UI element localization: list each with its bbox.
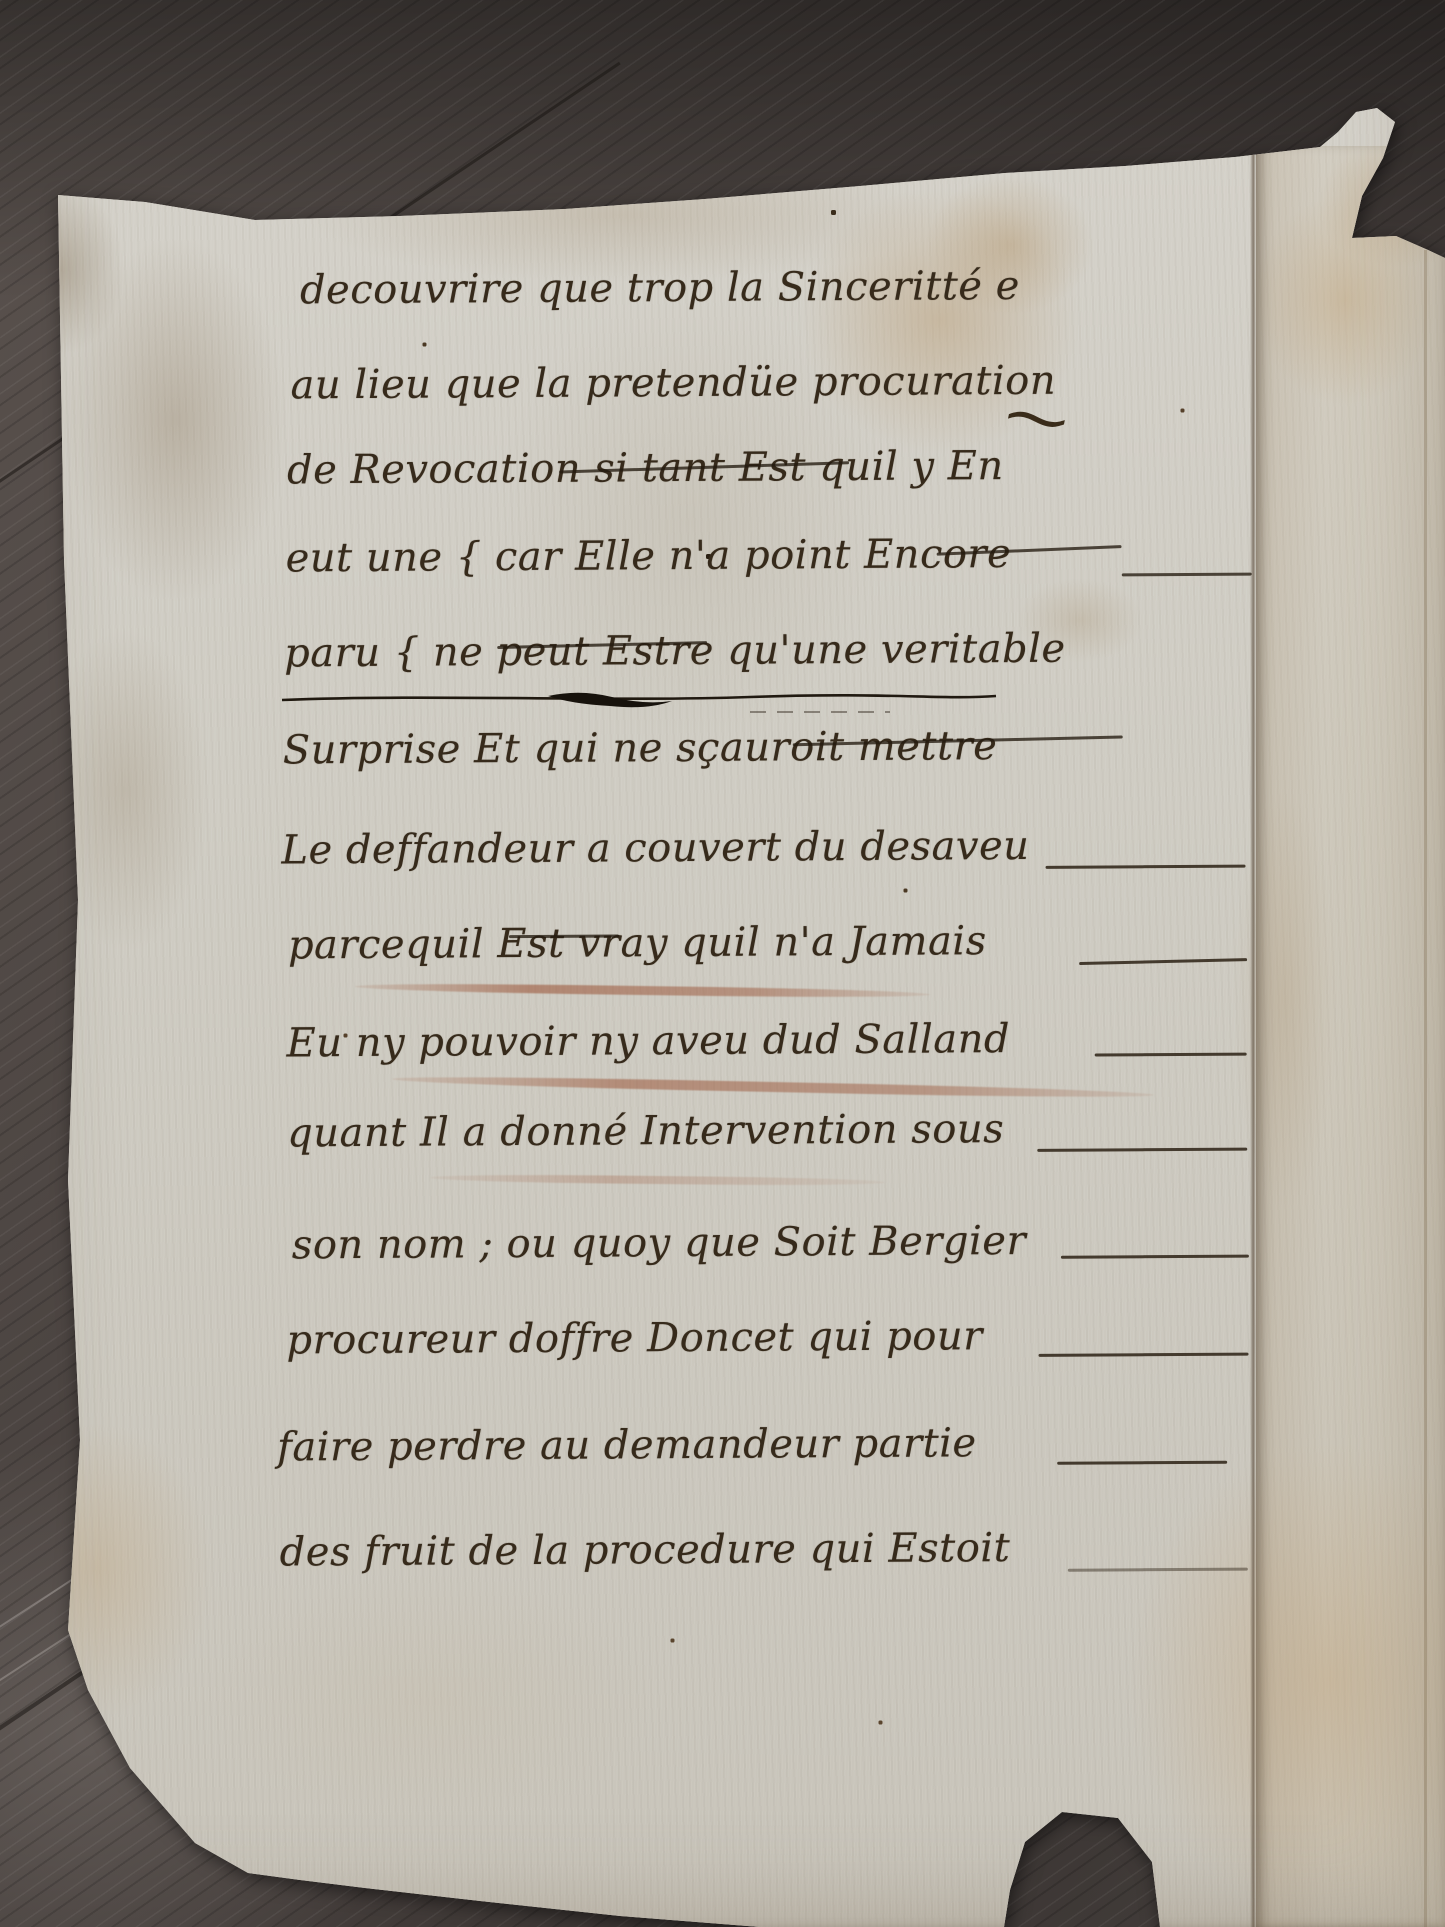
manuscript-line-1: decouvrire que trop la Sinceritté e (300, 251, 1020, 325)
manuscript-line-4: eut une { car Elle n'a point Encore (285, 519, 1011, 593)
manuscript-line-11: son nom ; ou quoy que Soit Bergier (292, 1206, 1027, 1280)
manuscript-line-9: Eu ny pouvoir ny aveu dud Salland (286, 1004, 1010, 1078)
line-end-dash (1039, 1353, 1249, 1357)
manuscript-line-2: au lieu que la pretendüe procuration (290, 346, 1056, 421)
manuscript-page: decouvrire que trop la Sinceritté e au l… (0, 0, 1445, 1927)
paper-shadow-wrap: decouvrire que trop la Sinceritté e au l… (0, 0, 1445, 1927)
manuscript-line-8: parcequil Est vray quil n'a Jamais (288, 906, 987, 980)
line-end-dash (1068, 1568, 1248, 1572)
t-crossbar-stroke (1122, 573, 1252, 577)
photo-of-manuscript: decouvrire que trop la Sinceritté e au l… (0, 0, 1445, 1927)
ink-specks (0, 0, 1, 1)
line-end-dash (1079, 958, 1247, 965)
ink-underline-blot (280, 688, 1010, 728)
manuscript-line-7: Le deffandeur a couvert du desaveu (281, 811, 1029, 886)
handwritten-text: decouvrire que trop la Sinceritté e au l… (0, 0, 1445, 1927)
line-end-dash (1095, 1053, 1247, 1057)
manuscript-line-12: procureur doffre Doncet qui pour (286, 1301, 983, 1375)
line-end-dash (1057, 1461, 1227, 1465)
line-end-dash (1046, 865, 1246, 869)
manuscript-line-10: quant Il a donné Intervention sous (287, 1094, 1004, 1168)
manuscript-line-13: faire perdre au demandeur partie (277, 1408, 977, 1482)
manuscript-line-5: paru { ne peut Estre qu'une veritable (284, 614, 1066, 689)
pen-flourish: ⁓ (999, 375, 1074, 459)
line-end-dash (1061, 1255, 1249, 1259)
line-end-dash (1037, 1148, 1247, 1152)
manuscript-line-14: des fruit de la procedure qui Estoit (279, 1513, 1010, 1587)
